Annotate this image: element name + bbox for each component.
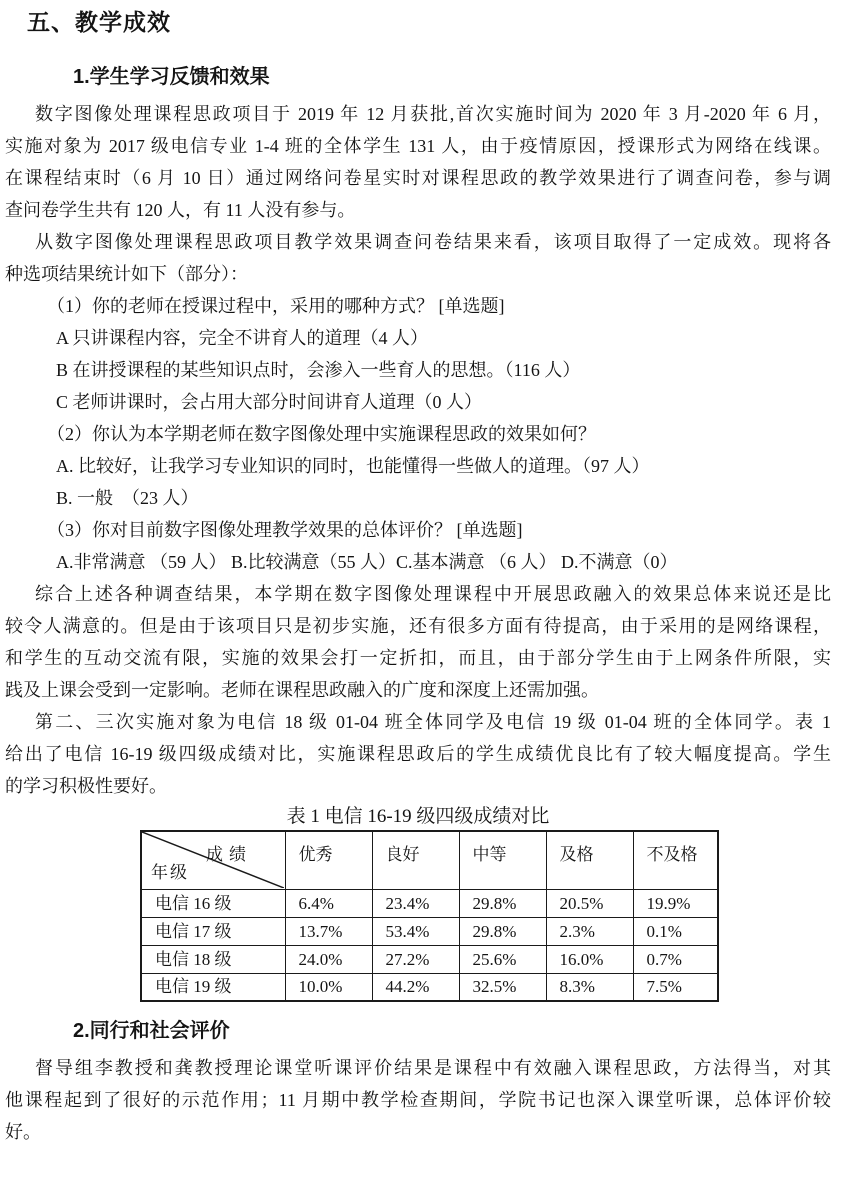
cell-value: 7.5% (633, 973, 718, 1001)
text-line: 给出了电信 16-19 级四级成绩对比，实施课程思政后的学生成绩优良比有了较大幅… (5, 738, 831, 770)
table-row-class17: 电信 17 级 13.7% 53.4% 29.8% 2.3% 0.1% (141, 917, 718, 945)
paragraph-project-intro: 数字图像处理课程思政项目于 2019 年 12 月获批,首次实施时间为 2020… (5, 98, 831, 226)
cell-value: 16.0% (546, 945, 633, 973)
table-row-class18: 电信 18 级 24.0% 27.2% 25.6% 16.0% 0.7% (141, 945, 718, 973)
text-line: 的学习积极性要好。 (5, 770, 831, 802)
section-2-heading: 2.同行和社会评价 (73, 1018, 831, 1044)
cell-value: 0.7% (633, 945, 718, 973)
text-line: 较令人满意的。但是由于该项目只是初步实施，还有很多方面有待提高，由于采用的是网络… (5, 610, 831, 642)
text-line: 第二、三次实施对象为电信 18 级 01-04 班全体同学及电信 19 级 01… (5, 706, 831, 738)
text-line: 好。 (5, 1116, 831, 1148)
document-title: 五、教学成效 (27, 8, 831, 36)
survey-q1-option-a: A 只讲课程内容，完全不讲育人的道理（4 人） (5, 322, 831, 354)
paragraph-survey-summary: 从数字图像处理课程思政项目教学效果调查问卷结果来看，该项目取得了一定成效。现将各… (5, 226, 831, 290)
table-caption: 表 1 电信 16-19 级四级成绩对比 (5, 804, 831, 830)
cell-value: 25.6% (459, 945, 546, 973)
cell-value: 32.5% (459, 973, 546, 1001)
cell-value: 8.3% (546, 973, 633, 1001)
table-row-class16: 电信 16 级 6.4% 23.4% 29.8% 20.5% 19.9% (141, 889, 718, 917)
paragraph-peer-evaluation: 督导组李教授和龚教授理论课堂听课评价结果是课程中有效融入课程思政，方法得当，对其… (5, 1052, 831, 1148)
row-label: 电信 16 级 (141, 889, 285, 917)
cet4-score-comparison-table: 成绩 年级 优秀 良好 中等 及格 不及格 电信 16 级 6.4% 23.4%… (140, 830, 719, 1002)
cell-value: 29.8% (459, 889, 546, 917)
row-label: 电信 18 级 (141, 945, 285, 973)
table-corner-cell: 成绩 年级 (141, 831, 285, 889)
survey-q2-option-b: B. 一般 （23 人） (5, 482, 831, 514)
survey-question-3: （3）你对目前数字图像处理教学效果的总体评价？ [单选题] (5, 514, 831, 546)
text-line: 从数字图像处理课程思政项目教学效果调查问卷结果来看，该项目取得了一定成效。现将各 (5, 226, 831, 258)
cell-value: 20.5% (546, 889, 633, 917)
column-header-fail: 不及格 (633, 831, 718, 889)
column-header-pass: 及格 (546, 831, 633, 889)
survey-question-1: （1）你的老师在授课过程中，采用的哪种方式？ [单选题] (5, 290, 831, 322)
column-header-medium: 中等 (459, 831, 546, 889)
cell-value: 13.7% (285, 917, 372, 945)
text-line: 践及上课会受到一定影响。老师在课程思政融入的广度和深度上还需加强。 (5, 674, 831, 706)
column-header-excellent: 优秀 (285, 831, 372, 889)
survey-q2-option-a: A. 比较好，让我学习专业知识的同时，也能懂得一些做人的道理。（97 人） (5, 450, 831, 482)
text-line: 查问卷学生共有 120 人，有 11 人没有参与。 (5, 194, 831, 226)
corner-label-score: 成绩 (206, 840, 252, 865)
survey-q1-option-c: C 老师讲课时，会占用大部分时间讲育人道理（0 人） (5, 386, 831, 418)
survey-question-2: （2）你认为本学期老师在数字图像处理中实施课程思政的效果如何？ (5, 418, 831, 450)
text-line: 综合上述各种调查结果，本学期在数字图像处理课程中开展思政融入的效果总体来说还是比 (5, 578, 831, 610)
cell-value: 53.4% (372, 917, 459, 945)
text-line: 和学生的互动交流有限，实施的效果会打一定折扣，而且，由于部分学生由于上网条件所限… (5, 642, 831, 674)
text-line: 种选项结果统计如下（部分）： (5, 258, 831, 290)
cell-value: 2.3% (546, 917, 633, 945)
column-header-good: 良好 (372, 831, 459, 889)
cell-value: 29.8% (459, 917, 546, 945)
corner-label-grade: 年级 (151, 858, 189, 883)
cell-value: 27.2% (372, 945, 459, 973)
cell-value: 0.1% (633, 917, 718, 945)
paragraph-later-implementations: 第二、三次实施对象为电信 18 级 01-04 班全体同学及电信 19 级 01… (5, 706, 831, 802)
table-row-class19: 电信 19 级 10.0% 44.2% 32.5% 8.3% 7.5% (141, 973, 718, 1001)
cell-value: 24.0% (285, 945, 372, 973)
row-label: 电信 19 级 (141, 973, 285, 1001)
cell-value: 6.4% (285, 889, 372, 917)
section-1-heading: 1.学生学习反馈和效果 (73, 64, 831, 90)
cell-value: 23.4% (372, 889, 459, 917)
text-line: 实施对象为 2017 级电信专业 1-4 班的全体学生 131 人，由于疫情原因… (5, 130, 831, 162)
cell-value: 44.2% (372, 973, 459, 1001)
document-page: 五、教学成效 1.学生学习反馈和效果 数字图像处理课程思政项目于 2019 年 … (0, 0, 848, 1200)
survey-q1-option-b: B 在讲授课程的某些知识点时，会渗入一些育人的思想。（116 人） (5, 354, 831, 386)
text-line: 数字图像处理课程思政项目于 2019 年 12 月获批,首次实施时间为 2020… (5, 98, 831, 130)
cell-value: 19.9% (633, 889, 718, 917)
text-line: 在课程结束时（6 月 10 日）通过网络问卷星实时对课程思政的教学效果进行了调查… (5, 162, 831, 194)
table-header-row: 成绩 年级 优秀 良好 中等 及格 不及格 (141, 831, 718, 889)
paragraph-overall-analysis: 综合上述各种调查结果，本学期在数字图像处理课程中开展思政融入的效果总体来说还是比… (5, 578, 831, 706)
text-line: 督导组李教授和龚教授理论课堂听课评价结果是课程中有效融入课程思政，方法得当，对其 (5, 1052, 831, 1084)
survey-q3-results: A.非常满意 （59 人） B.比较满意（55 人）C.基本满意 （6 人） D… (5, 546, 831, 578)
text-line: 他课程起到了很好的示范作用；11 月期中教学检查期间，学院书记也深入课堂听课，总… (5, 1084, 831, 1116)
cell-value: 10.0% (285, 973, 372, 1001)
row-label: 电信 17 级 (141, 917, 285, 945)
